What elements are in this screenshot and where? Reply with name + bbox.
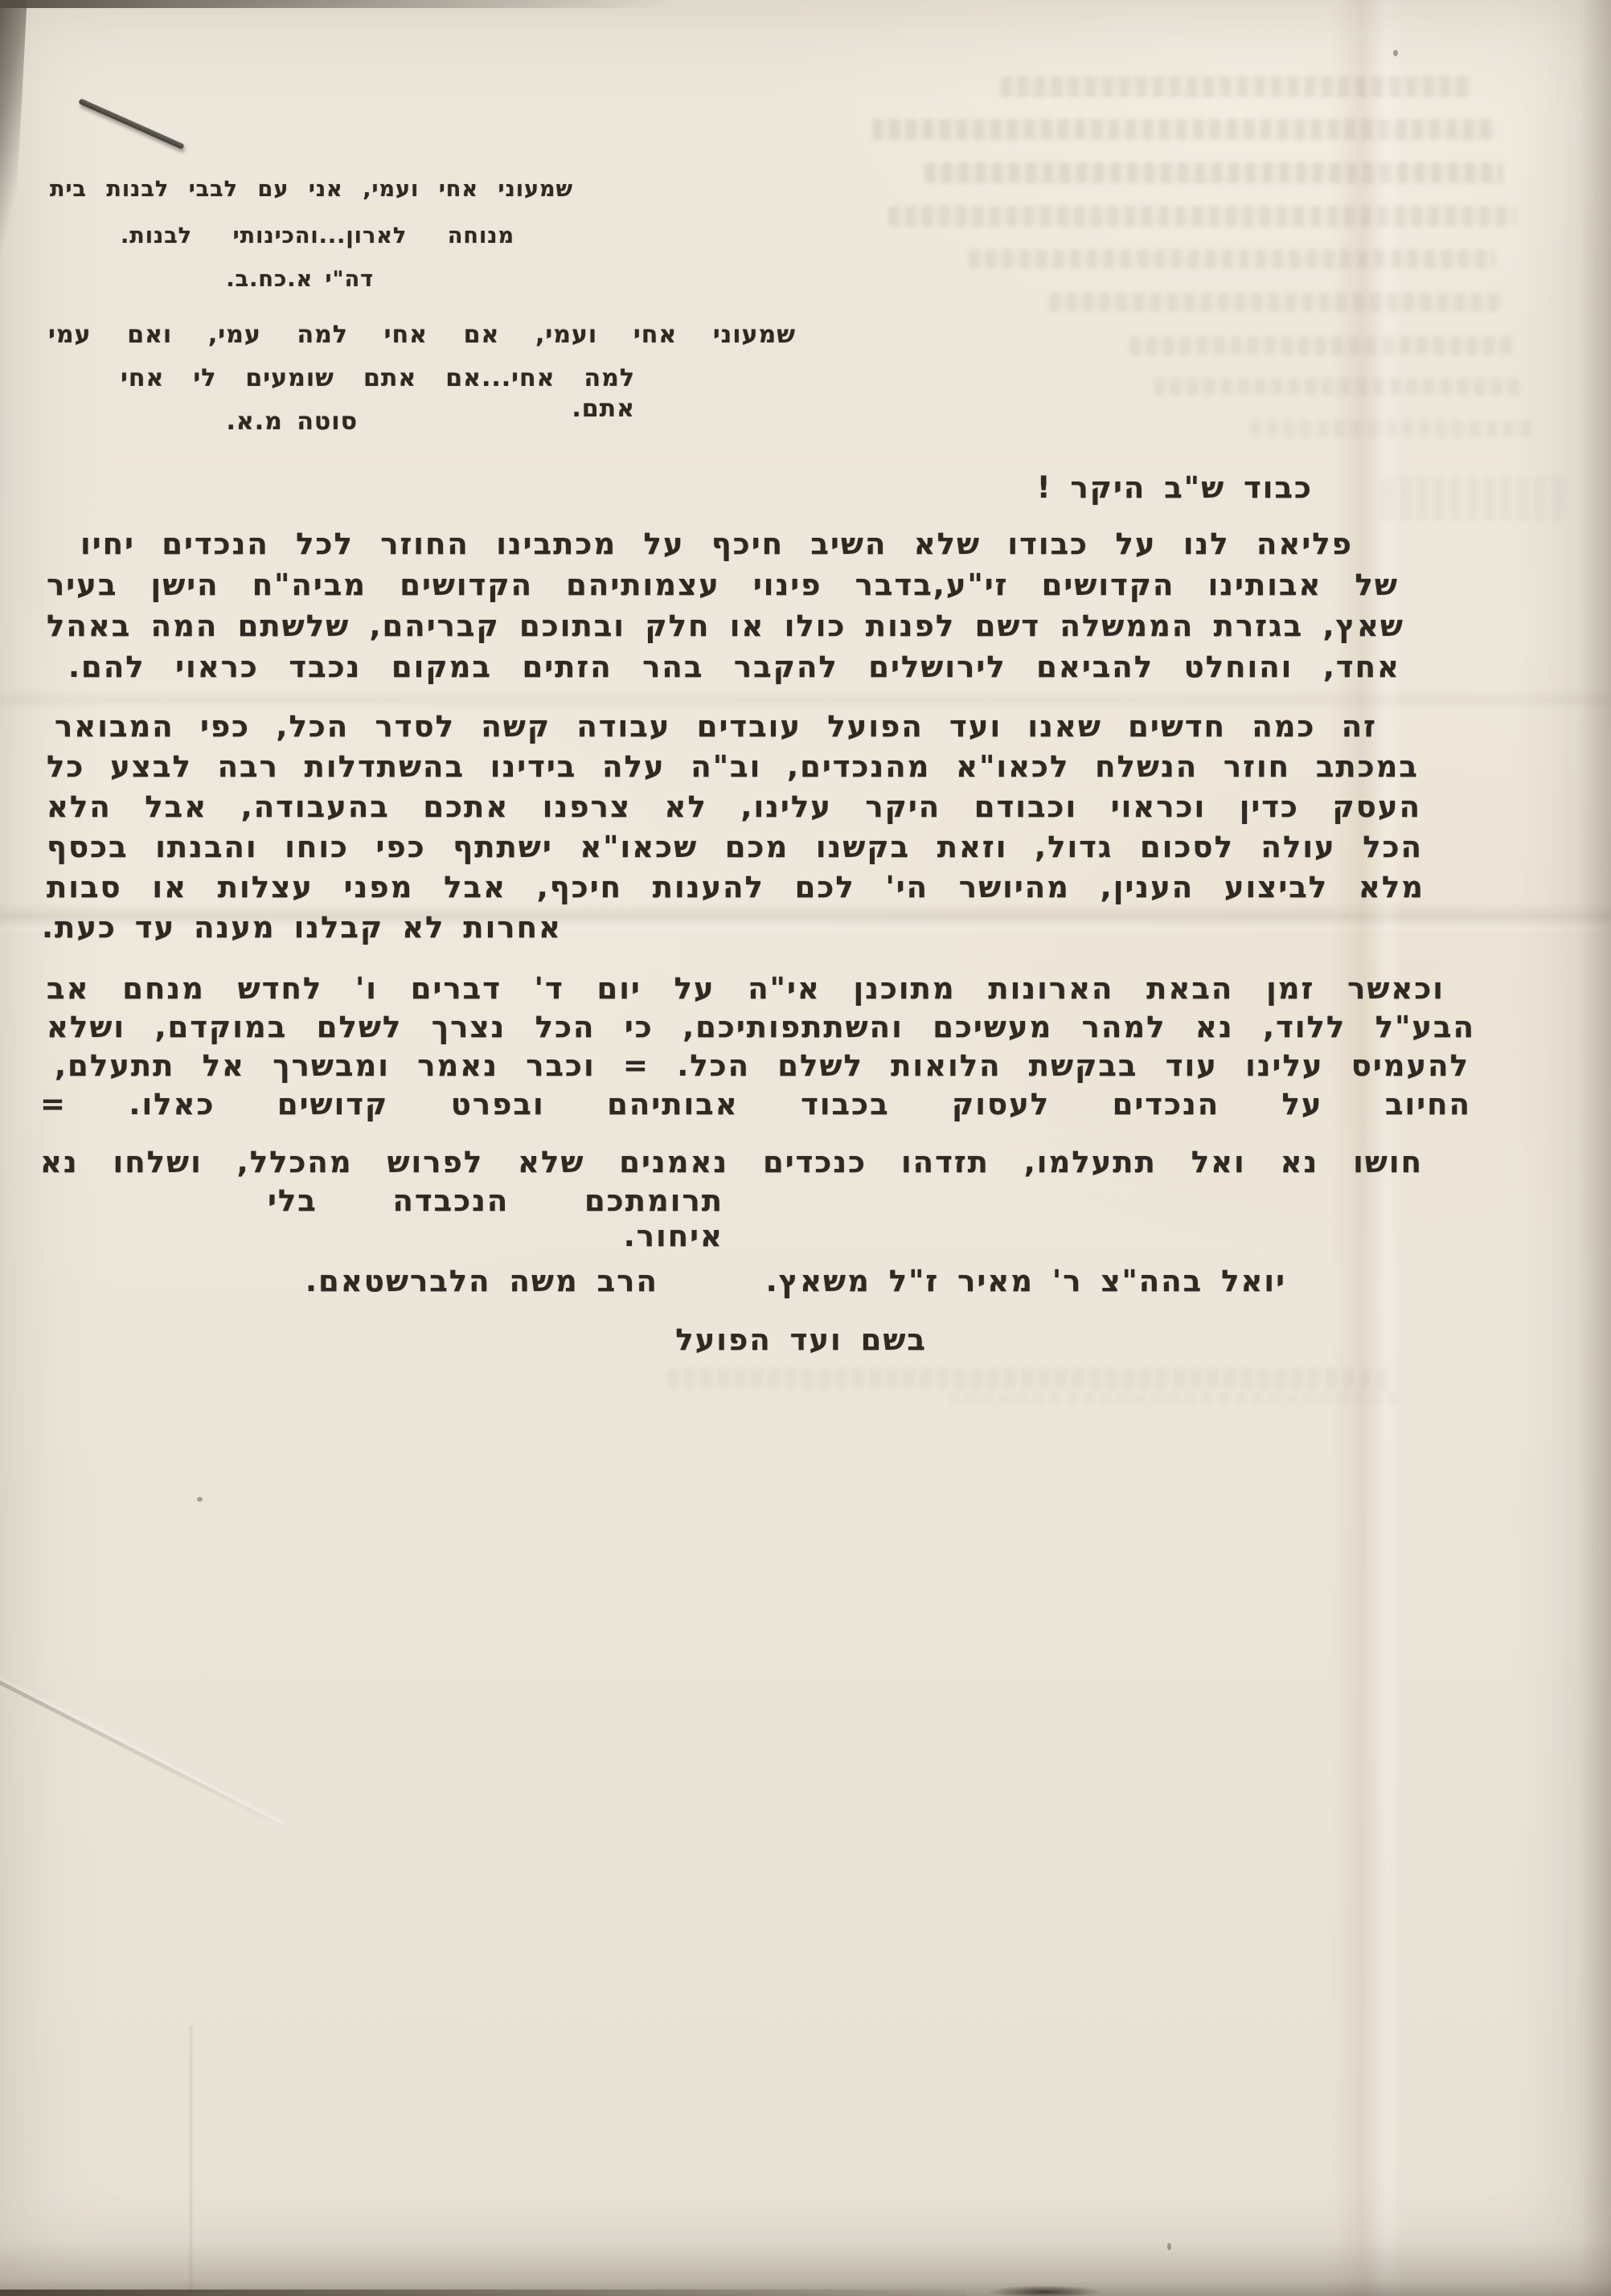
bleedthrough-mark xyxy=(872,119,1495,140)
paper-speck xyxy=(1393,50,1398,56)
body-line: חושו נא ואל תתעלמו, תזדהו כנכדים נאמנים … xyxy=(40,1145,1423,1180)
bleedthrough-mark xyxy=(1001,76,1471,97)
bleedthrough-mark xyxy=(969,249,1495,269)
body-line: אחד, והוחלט להביאם לירושלים להקבר בהר הז… xyxy=(68,650,1400,685)
photo-background-corner xyxy=(0,0,27,260)
quote-line: שמעוני אחי ועמי, אם אחי למה עמי, ואם עמי xyxy=(48,320,796,351)
staple-mark xyxy=(78,98,185,150)
body-line: פליאה לנו על כבודו שלא השיב חיכף על מכתב… xyxy=(80,527,1353,562)
body-line: העסק כדין וכראוי וכבודם היקר עלינו, לא צ… xyxy=(47,789,1421,825)
body-line: תרומתכם הנכבדה בלי איחור. xyxy=(268,1183,724,1219)
body-line: אחרות לא קבלנו מענה עד כעת. xyxy=(42,910,562,945)
body-line: להעמיס עלינו עוד בבקשת הלואות לשלם הכל. … xyxy=(55,1048,1470,1084)
fold-crease xyxy=(0,688,1611,711)
body-line: מלא לביצוע הענין, מהיושר הי' לכם להענות … xyxy=(47,870,1424,905)
salutation: כבוד ש"ב היקר ! xyxy=(1037,470,1313,506)
bleedthrough-mark xyxy=(924,162,1503,183)
body-line: וכאשר זמן הבאת הארונות מתוכנן אי"ה על יו… xyxy=(47,971,1445,1007)
paper-edge-shadow xyxy=(1579,0,1611,2296)
quote-source: דה"י א.כח.ב. xyxy=(226,265,374,294)
bleedthrough-mark xyxy=(888,206,1515,227)
signature-left: הרב משה הלברשטאם. xyxy=(305,1264,658,1299)
fold-crease xyxy=(0,1668,284,1829)
bleedthrough-mark xyxy=(1049,293,1503,312)
body-line: הכל עולה לסכום גדול, וזאת בקשנו מכם שכאו… xyxy=(47,830,1423,865)
body-line: במכתב חוזר הנשלח לכאו"א מהנכדים, וב"ה על… xyxy=(47,749,1419,785)
quote-source: סוטה מ.א. xyxy=(227,407,358,437)
letter-photo: שמעוני אחי ועמי, אני עם לבבי לבנות בית מ… xyxy=(0,0,1611,2296)
signature-right: יואל בהה"צ ר' מאיר ז"ל משאץ. xyxy=(766,1264,1286,1299)
bleedthrough-mark xyxy=(949,1392,1399,1405)
paper-edge-shadow xyxy=(0,2240,1611,2296)
body-line: של אבותינו הקדושים זי"ע,בדבר פינוי עצמות… xyxy=(47,568,1399,603)
quote-line: שמעוני אחי ועמי, אני עם לבבי לבנות בית xyxy=(50,175,573,204)
paper-speck xyxy=(197,1497,203,1502)
quote-line: מנוחה לארון...והכינותי לבנות. xyxy=(121,222,514,251)
bleedthrough-mark xyxy=(1383,476,1568,521)
body-line: הבע"ל ללוד, נא למהר מעשיכם והשתתפותיכם, … xyxy=(47,1010,1475,1045)
quote-line: למה אחי...אם אתם שומעים לי אחי אתם. xyxy=(121,363,635,394)
committee-line: בשם ועד הפועל xyxy=(675,1322,927,1358)
body-line: שאץ, בגזרת הממשלה דשם לפנות כולו או חלק … xyxy=(47,609,1404,644)
bleedthrough-mark xyxy=(1250,420,1531,437)
paper-edge-blotch xyxy=(989,2286,1101,2296)
bleedthrough-mark xyxy=(1129,336,1515,355)
body-line: החיוב על הנכדים לעסוק בכבוד אבותיהם ובפר… xyxy=(40,1087,1471,1122)
bleedthrough-mark xyxy=(667,1368,1391,1389)
paper-edge-shadow xyxy=(0,2290,966,2296)
body-line: זה כמה חדשים שאנו ועד הפועל עובדים עבודה… xyxy=(55,709,1377,744)
bleedthrough-mark xyxy=(1154,378,1523,396)
photo-background-edge xyxy=(0,0,707,8)
